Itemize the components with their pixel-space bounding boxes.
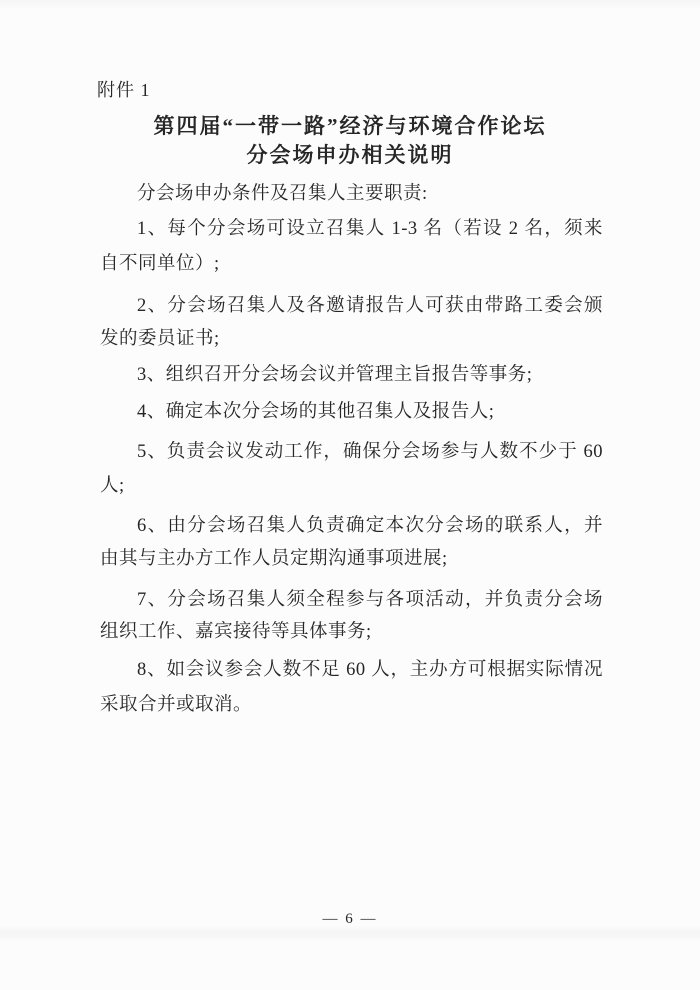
body-line-item2-a: 2、分会场召集人及各邀请报告人可获由带路工委会颁: [100, 291, 603, 321]
attachment-label: 附件 1: [97, 75, 151, 105]
body-line-item1-a: 1、每个分会场可设立召集人 1-3 名（若设 2 名，须来: [100, 214, 603, 244]
body-line-intro: 分会场申办条件及召集人主要职责:: [100, 179, 603, 209]
body-line-item7-b: 组织工作、嘉宾接待等具体事务;: [100, 617, 603, 647]
body-line-item1-b: 自不同单位）;: [100, 249, 603, 279]
body-line-item6-b: 由其与主办方工作人员定期沟通事项进展;: [100, 544, 603, 574]
body-line-item5-a: 5、负责会议发动工作，确保分会场参与人数不少于 60: [100, 437, 603, 467]
document-title-line-2: 分会场申办相关说明: [0, 140, 700, 170]
page-number: — 6 —: [0, 905, 700, 933]
body-line-item4: 4、确定本次分会场的其他召集人及报告人;: [100, 397, 603, 427]
body-line-item6-a: 6、由分会场召集人负责确定本次分会场的联系人，并: [100, 511, 603, 541]
body-line-item2-b: 发的委员证书;: [100, 324, 603, 354]
scanned-document-page: 附件 1 第四届“一带一路”经济与环境合作论坛 分会场申办相关说明 分会场申办条…: [0, 0, 700, 990]
document-title-line-1: 第四届“一带一路”经济与环境合作论坛: [0, 111, 700, 141]
body-line-item8-a: 8、如会议参会人数不足 60 人，主办方可根据实际情况: [100, 655, 603, 685]
body-line-item7-a: 7、分会场召集人须全程参与各项活动，并负责分会场: [100, 585, 603, 615]
body-line-item8-b: 采取合并或取消。: [100, 690, 603, 720]
body-line-item3: 3、组织召开分会场会议并管理主旨报告等事务;: [100, 360, 603, 390]
body-line-item5-b: 人;: [100, 471, 603, 501]
